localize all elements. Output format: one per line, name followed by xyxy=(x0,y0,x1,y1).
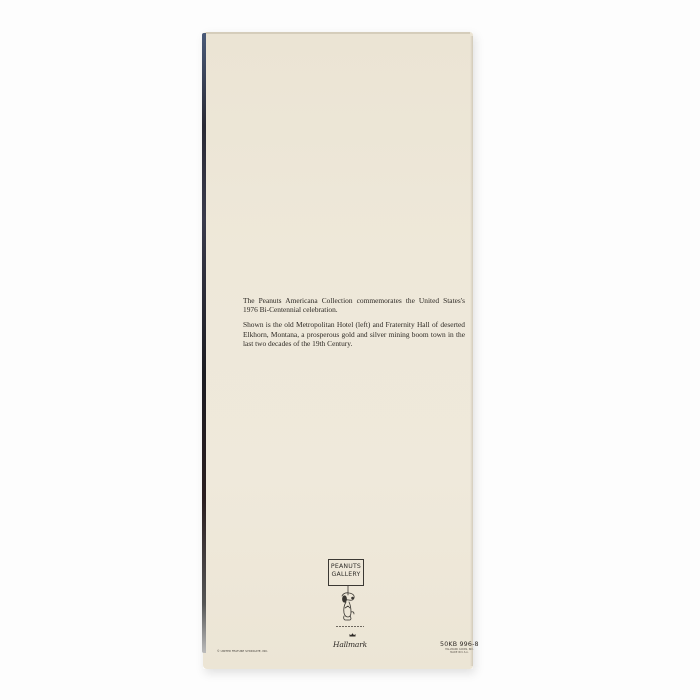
origin-line: MADE IN U.S.A. xyxy=(440,651,479,654)
product-code-block: 50KB 996-8 HALLMARK CARDS, INC. MADE IN … xyxy=(440,641,479,655)
copyright-notice: © UNITED FEATURE SYNDICATE, INC. xyxy=(217,650,268,653)
character-caption-line xyxy=(336,626,366,628)
product-code: 50KB 996-8 xyxy=(440,641,479,648)
description-paragraph-1: The Peanuts Americana Collection commemo… xyxy=(243,296,465,314)
hallmark-crown-icon xyxy=(349,633,356,637)
description-paragraph-2: Shown is the old Metropolitan Hotel (lef… xyxy=(243,320,465,348)
card-description: The Peanuts Americana Collection commemo… xyxy=(243,296,465,354)
card-right-edge xyxy=(470,36,473,666)
sign-line-2: GALLERY xyxy=(329,570,363,579)
card-front-edge-visible xyxy=(202,33,206,653)
card-top-edge xyxy=(206,32,470,34)
snoopy-icon xyxy=(336,586,360,624)
hallmark-logo: Hallmark xyxy=(333,640,367,649)
peanuts-gallery-sign: PEANUTS GALLERY xyxy=(328,559,364,586)
